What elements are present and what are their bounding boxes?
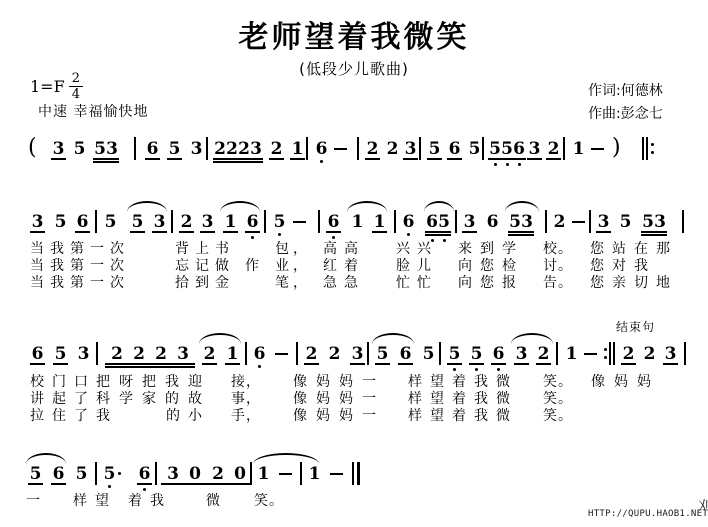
note-5: 5 bbox=[489, 139, 501, 159]
lyric-syllable: 第 bbox=[70, 275, 90, 291]
lyric-run: 向您检 bbox=[458, 258, 524, 274]
lyric-run: 接， bbox=[231, 374, 261, 390]
underline bbox=[514, 363, 529, 365]
lyric-syllable: 讲 bbox=[30, 391, 52, 407]
lyric-syllable: 高 bbox=[323, 241, 344, 257]
lyric-run: 当我第一次 bbox=[30, 241, 130, 257]
beam-underline bbox=[213, 161, 263, 163]
beam-underline bbox=[425, 234, 451, 236]
octave-dot bbox=[251, 236, 254, 239]
underline bbox=[223, 231, 238, 233]
lyric-syllable: 事 bbox=[231, 391, 246, 407]
lyric-syllable: 着 bbox=[344, 258, 365, 274]
octave-dot bbox=[108, 485, 111, 488]
lyric-run: 兴兴 bbox=[396, 241, 438, 257]
lyric-run: 笑。 bbox=[543, 408, 573, 424]
beam-underline bbox=[93, 161, 119, 163]
beam-underline bbox=[508, 231, 534, 233]
note-3: 3 bbox=[654, 212, 666, 232]
lyric-run: 拉住了我 bbox=[30, 408, 118, 424]
note-1: 1 bbox=[351, 212, 364, 232]
lyric-syllable: 向 bbox=[458, 275, 480, 291]
barline bbox=[545, 210, 547, 233]
underline bbox=[179, 231, 194, 233]
barline bbox=[589, 210, 591, 233]
note-group: 556 bbox=[489, 139, 525, 159]
note-2: 2 bbox=[537, 344, 550, 364]
lyric-syllable: 到 bbox=[195, 275, 215, 291]
barline bbox=[556, 342, 558, 365]
lyric-syllable: 望 bbox=[430, 408, 452, 424]
lyric-syllable: 小 bbox=[188, 408, 210, 424]
lyric-run: 样望 bbox=[73, 493, 117, 509]
lyric-syllable: 忙 bbox=[417, 275, 438, 291]
octave-dot bbox=[497, 368, 500, 371]
underline bbox=[447, 158, 462, 160]
note-6: 6 bbox=[253, 344, 266, 364]
octave-dot bbox=[332, 236, 335, 239]
note-6: 6 bbox=[492, 344, 505, 364]
lyric-syllable: 书 bbox=[215, 241, 235, 257]
underline bbox=[145, 158, 160, 160]
barline bbox=[96, 342, 98, 365]
slur bbox=[253, 453, 319, 464]
barline bbox=[439, 342, 441, 365]
lyric-syllable: 微 bbox=[496, 408, 518, 424]
note-2: 2 bbox=[238, 139, 250, 159]
lyric-syllable: 校 bbox=[30, 374, 52, 390]
underline bbox=[130, 231, 145, 233]
note-3: 3 bbox=[153, 212, 166, 232]
lyric-run: 来到学 bbox=[458, 241, 524, 257]
barline bbox=[682, 210, 684, 233]
lyric-syllable: 把 bbox=[142, 374, 165, 390]
lyric-syllable: 次 bbox=[110, 258, 130, 274]
note-6: 6 bbox=[146, 139, 159, 159]
lyric-syllable: 。 bbox=[558, 258, 573, 274]
underline bbox=[536, 363, 551, 365]
underline bbox=[30, 231, 45, 233]
barline bbox=[171, 210, 173, 233]
lyric-syllable: ， bbox=[246, 391, 261, 407]
barline bbox=[296, 342, 298, 365]
lyric-syllable: 金 bbox=[215, 275, 235, 291]
lyric-run: 背上书 bbox=[175, 241, 235, 257]
lyric-syllable: 一 bbox=[90, 241, 110, 257]
lyric-run: 样望着我微 bbox=[408, 391, 518, 407]
lyric-syllable: 拉 bbox=[30, 408, 52, 424]
note-group: 30 bbox=[162, 464, 206, 484]
lyric-syllable: 微 bbox=[206, 493, 228, 509]
lyric-syllable: ， bbox=[246, 374, 261, 390]
lyric-syllable: 当 bbox=[30, 258, 50, 274]
lyric-syllable: 的 bbox=[165, 391, 188, 407]
underline bbox=[167, 158, 182, 160]
lyric-run: 像妈妈一 bbox=[293, 408, 385, 424]
note-5: 5 bbox=[29, 464, 42, 484]
note-6: 6 bbox=[76, 212, 89, 232]
note-5: 5 bbox=[468, 139, 481, 159]
lyric-run: 科学家的故 bbox=[96, 391, 211, 407]
lyric-syllable: 做 bbox=[215, 258, 235, 274]
lyric-syllable: 一 bbox=[90, 258, 110, 274]
lyric-syllable: 故 bbox=[188, 391, 211, 407]
song-subtitle: (低段少儿歌曲) bbox=[0, 58, 708, 79]
octave-dot bbox=[453, 368, 456, 371]
lyric-syllable: 脸 bbox=[396, 258, 417, 274]
lyric-run: 把呀把我迎 bbox=[96, 374, 211, 390]
note-6: 6 bbox=[486, 212, 499, 232]
lyric-syllable: 您 bbox=[590, 258, 612, 274]
duration-dash bbox=[584, 353, 597, 355]
octave-dot bbox=[475, 368, 478, 371]
lyric-syllable: 在 bbox=[634, 241, 656, 257]
lyric-syllable: 当 bbox=[30, 241, 50, 257]
note-1: 1 bbox=[226, 344, 239, 364]
underline bbox=[462, 231, 477, 233]
note-3: 3 bbox=[515, 344, 528, 364]
note-6: 6 bbox=[426, 212, 438, 232]
note-3: 3 bbox=[172, 344, 194, 364]
duration-dash bbox=[293, 221, 306, 223]
underline bbox=[375, 363, 390, 365]
note-5: 5 bbox=[642, 212, 654, 232]
barline bbox=[264, 210, 266, 233]
lyric-syllable: 。 bbox=[558, 374, 573, 390]
lyric-syllable: 当 bbox=[30, 275, 50, 291]
note-3: 3 bbox=[463, 212, 476, 232]
key-signature: 1=F 2 4 bbox=[30, 72, 83, 101]
octave-dot bbox=[443, 239, 446, 242]
lyric-run: 像妈妈一 bbox=[293, 374, 385, 390]
lyric-syllable: 像 bbox=[293, 374, 316, 390]
barline bbox=[155, 462, 157, 485]
lyric-syllable: 样 bbox=[408, 374, 430, 390]
lyric-run: 急急 bbox=[323, 275, 365, 291]
note-1: 1 bbox=[224, 212, 237, 232]
note-6: 6 bbox=[402, 212, 415, 232]
lyric-syllable: 住 bbox=[52, 408, 74, 424]
lyric-syllable: 。 bbox=[558, 391, 573, 407]
underline bbox=[304, 363, 319, 365]
slur bbox=[127, 201, 167, 212]
note-group: 2223 bbox=[214, 139, 262, 159]
note-3: 3 bbox=[31, 212, 44, 232]
note-5: 5 bbox=[75, 464, 88, 484]
octave-dot bbox=[494, 163, 497, 166]
slur bbox=[505, 201, 539, 212]
underline bbox=[350, 363, 365, 365]
lyric-run: 向您报 bbox=[458, 275, 524, 291]
lyric-syllable: 着 bbox=[452, 391, 474, 407]
lyric-syllable: 笑 bbox=[543, 408, 558, 424]
parenthesis: ) bbox=[612, 137, 621, 159]
note-3: 3 bbox=[201, 212, 214, 232]
lyric-syllable: 着 bbox=[128, 493, 150, 509]
repeat-end-bar bbox=[613, 342, 615, 365]
note-3: 3 bbox=[106, 139, 118, 159]
beam-underline bbox=[105, 363, 195, 365]
lyric-syllable: 我 bbox=[634, 258, 656, 274]
note-group: 53 bbox=[642, 212, 666, 232]
lyric-syllable: 包 bbox=[275, 241, 293, 257]
lyric-syllable: 我 bbox=[150, 493, 172, 509]
lyric-syllable: 接 bbox=[231, 374, 246, 390]
underline bbox=[546, 158, 561, 160]
lyric-syllable: 了 bbox=[74, 408, 96, 424]
lyric-run: 包， bbox=[275, 241, 311, 257]
note-2: 2 bbox=[328, 344, 341, 364]
octave-dot bbox=[407, 233, 410, 236]
lyric-syllable: 微 bbox=[496, 391, 518, 407]
lyric-run: 红着 bbox=[323, 258, 365, 274]
lyric-syllable: 高 bbox=[344, 241, 365, 257]
lyric-syllable: ， bbox=[246, 408, 261, 424]
repeat-begin-bar bbox=[646, 137, 648, 160]
note-5: 5 bbox=[168, 139, 181, 159]
note-group: 65 bbox=[426, 212, 450, 232]
barline bbox=[95, 462, 97, 485]
lyric-syllable: 我 bbox=[474, 374, 496, 390]
duration-dash bbox=[279, 473, 292, 475]
underline bbox=[137, 483, 152, 485]
lyric-syllable: 样 bbox=[73, 493, 95, 509]
repeat-dot bbox=[651, 143, 654, 146]
lyric-run: 笑。 bbox=[543, 391, 573, 407]
barline bbox=[367, 342, 369, 365]
lyric-syllable: 。 bbox=[558, 275, 573, 291]
lyric-run: 作 bbox=[245, 258, 265, 274]
note-5: 5 bbox=[104, 212, 117, 232]
lyric-syllable: 次 bbox=[110, 275, 130, 291]
note-1: 1 bbox=[565, 344, 578, 364]
underline bbox=[427, 158, 442, 160]
underline bbox=[245, 231, 260, 233]
lyric-syllable: 。 bbox=[558, 241, 573, 257]
lyric-run: 样望着我微 bbox=[408, 374, 518, 390]
lyric-run: 业， bbox=[275, 258, 311, 274]
octave-dot bbox=[278, 233, 281, 236]
lyric-syllable: 望 bbox=[430, 374, 452, 390]
barline bbox=[245, 342, 247, 365]
composer-credit: 作曲:彭念七 bbox=[588, 103, 663, 123]
final-bar-thick bbox=[357, 462, 360, 485]
lyric-syllable: 样 bbox=[408, 408, 430, 424]
note-2: 2 bbox=[203, 344, 216, 364]
barline bbox=[684, 342, 686, 365]
note-1: 1 bbox=[257, 464, 270, 484]
lyric-syllable: 像 bbox=[293, 408, 316, 424]
lyric-syllable: 。 bbox=[558, 408, 573, 424]
tempo-marking: 中速 幸福愉快地 bbox=[38, 101, 148, 121]
note-1: 1 bbox=[291, 139, 304, 159]
note-3: 3 bbox=[351, 344, 364, 364]
lyric-syllable: 我 bbox=[50, 275, 70, 291]
final-bar-thin bbox=[352, 462, 354, 485]
note-6: 6 bbox=[327, 212, 340, 232]
lyric-syllable: 地 bbox=[656, 275, 678, 291]
lyric-syllable: 一 bbox=[362, 374, 385, 390]
barline bbox=[95, 210, 97, 233]
underline bbox=[663, 363, 678, 365]
note-3: 3 bbox=[190, 139, 203, 159]
barline bbox=[455, 210, 457, 233]
lyric-run: 手， bbox=[231, 408, 261, 424]
repeat-begin-bar bbox=[642, 137, 644, 160]
underline bbox=[326, 231, 341, 233]
beam-underline bbox=[508, 234, 534, 236]
lyric-syllable: 一 bbox=[26, 493, 48, 509]
barline bbox=[563, 137, 565, 160]
lyric-syllable: 急 bbox=[323, 275, 344, 291]
lyric-syllable: 科 bbox=[96, 391, 119, 407]
note-group: 2223 bbox=[106, 344, 194, 364]
underline bbox=[28, 483, 43, 485]
lyric-syllable: 您 bbox=[590, 241, 612, 257]
duration-dash bbox=[334, 148, 347, 150]
lyric-syllable: 家 bbox=[142, 391, 165, 407]
underline bbox=[269, 158, 284, 160]
note-3: 3 bbox=[250, 139, 262, 159]
note-5: 5 bbox=[470, 344, 483, 364]
beam-underline bbox=[425, 231, 451, 233]
lyric-run: 忙忙 bbox=[396, 275, 438, 291]
note-6: 6 bbox=[138, 464, 151, 484]
lyric-syllable: 背 bbox=[175, 241, 195, 257]
lyric-syllable: 笑 bbox=[543, 374, 558, 390]
note-group: 53 bbox=[94, 139, 118, 159]
note-2: 2 bbox=[128, 344, 150, 364]
lyric-syllable: 您 bbox=[480, 275, 502, 291]
underline bbox=[398, 363, 413, 365]
duration-dash bbox=[330, 473, 343, 475]
note-1: 1 bbox=[308, 464, 321, 484]
lyric-syllable: 第 bbox=[70, 258, 90, 274]
lyric-syllable: 儿 bbox=[417, 258, 438, 274]
note-2: 2 bbox=[553, 212, 566, 232]
beam-underline bbox=[641, 234, 667, 236]
lyric-run: 拾到金 bbox=[175, 275, 235, 291]
song-title: 老师望着我微笑 bbox=[0, 12, 708, 56]
lyric-syllable: 妈 bbox=[339, 391, 362, 407]
lyric-syllable: 亲 bbox=[612, 275, 634, 291]
lyric-run: 校。 bbox=[543, 241, 573, 257]
note-2: 2 bbox=[106, 344, 128, 364]
note-5: 5 bbox=[131, 212, 144, 232]
note-5: 5 bbox=[103, 464, 116, 484]
lyric-syllable: 告 bbox=[543, 275, 558, 291]
slur bbox=[26, 453, 66, 464]
beam-underline bbox=[488, 158, 526, 160]
note-6: 6 bbox=[52, 464, 65, 484]
note-2: 2 bbox=[366, 139, 379, 159]
note-5: 5 bbox=[428, 139, 441, 159]
lyric-run: 当我第一次 bbox=[30, 275, 130, 291]
lyric-run: 着我 bbox=[128, 493, 172, 509]
note-3: 3 bbox=[52, 139, 65, 159]
slur bbox=[220, 201, 260, 212]
lyric-syllable: 一 bbox=[362, 391, 385, 407]
underline bbox=[621, 363, 636, 365]
octave-dot bbox=[506, 163, 509, 166]
beam-underline bbox=[213, 158, 263, 160]
lyric-run: 笑。 bbox=[254, 493, 284, 509]
lyric-run: 笔， bbox=[275, 275, 311, 291]
note-6: 6 bbox=[315, 139, 328, 159]
note-5: 5 bbox=[54, 344, 67, 364]
lyric-syllable: 着 bbox=[452, 408, 474, 424]
beam-underline bbox=[105, 366, 195, 368]
parenthesis: ( bbox=[28, 137, 37, 159]
lyric-syllable: 次 bbox=[110, 241, 130, 257]
lyric-syllable: 急 bbox=[344, 275, 365, 291]
note-6: 6 bbox=[31, 344, 44, 364]
note-5: 5 bbox=[422, 344, 435, 364]
note-3: 3 bbox=[597, 212, 610, 232]
lyric-syllable: 向 bbox=[458, 258, 480, 274]
lyric-syllable: 妈 bbox=[339, 374, 362, 390]
lyric-syllable: 的 bbox=[166, 408, 188, 424]
lyric-run: 微 bbox=[206, 493, 228, 509]
lyric-syllable: 微 bbox=[496, 374, 518, 390]
underline bbox=[372, 231, 387, 233]
note-3: 3 bbox=[521, 212, 533, 232]
lyric-syllable: 切 bbox=[634, 275, 656, 291]
note-2: 2 bbox=[305, 344, 318, 364]
note-5: 5 bbox=[273, 212, 286, 232]
slur bbox=[347, 201, 387, 212]
key-prefix: 1=F bbox=[30, 77, 65, 96]
lyric-syllable: 对 bbox=[612, 258, 634, 274]
lyric-syllable: 。 bbox=[269, 493, 284, 509]
lyric-syllable: 站 bbox=[612, 241, 634, 257]
augmentation-dot bbox=[118, 472, 121, 475]
octave-dot bbox=[258, 365, 261, 368]
lyric-run: 校门口 bbox=[30, 374, 96, 390]
lyric-syllable: 笑 bbox=[254, 493, 269, 509]
lyric-syllable: 像 bbox=[591, 374, 614, 390]
barline bbox=[419, 137, 421, 160]
lyric-run: 忘记做 bbox=[175, 258, 235, 274]
lyric-run: 告。 bbox=[543, 275, 573, 291]
lyric-syllable: 检 bbox=[502, 258, 524, 274]
note-5: 5 bbox=[448, 344, 461, 364]
lyric-syllable: 您 bbox=[480, 258, 502, 274]
note-2: 2 bbox=[226, 139, 238, 159]
lyric-syllable: 到 bbox=[480, 241, 502, 257]
repeat-dot bbox=[604, 348, 607, 351]
lyric-syllable: 迎 bbox=[188, 374, 211, 390]
note-group: 20 bbox=[207, 464, 251, 484]
note-6: 6 bbox=[399, 344, 412, 364]
note-2: 2 bbox=[547, 139, 560, 159]
lyric-syllable: 我 bbox=[50, 241, 70, 257]
note-group: 53 bbox=[509, 212, 533, 232]
lyric-syllable: 我 bbox=[474, 408, 496, 424]
lyric-run: 您亲切地 bbox=[590, 275, 678, 291]
lyric-run: 高高 bbox=[323, 241, 365, 257]
lyric-run: 笑。 bbox=[543, 374, 573, 390]
lyric-syllable: 笑 bbox=[543, 391, 558, 407]
beam-underline bbox=[93, 158, 119, 160]
underline bbox=[365, 158, 380, 160]
underline bbox=[469, 363, 484, 365]
lyric-syllable: 校 bbox=[543, 241, 558, 257]
lyric-syllable: 了 bbox=[74, 391, 96, 407]
lyric-syllable: 望 bbox=[95, 493, 117, 509]
underline bbox=[403, 158, 418, 160]
lyric-syllable: 业 bbox=[275, 258, 293, 274]
